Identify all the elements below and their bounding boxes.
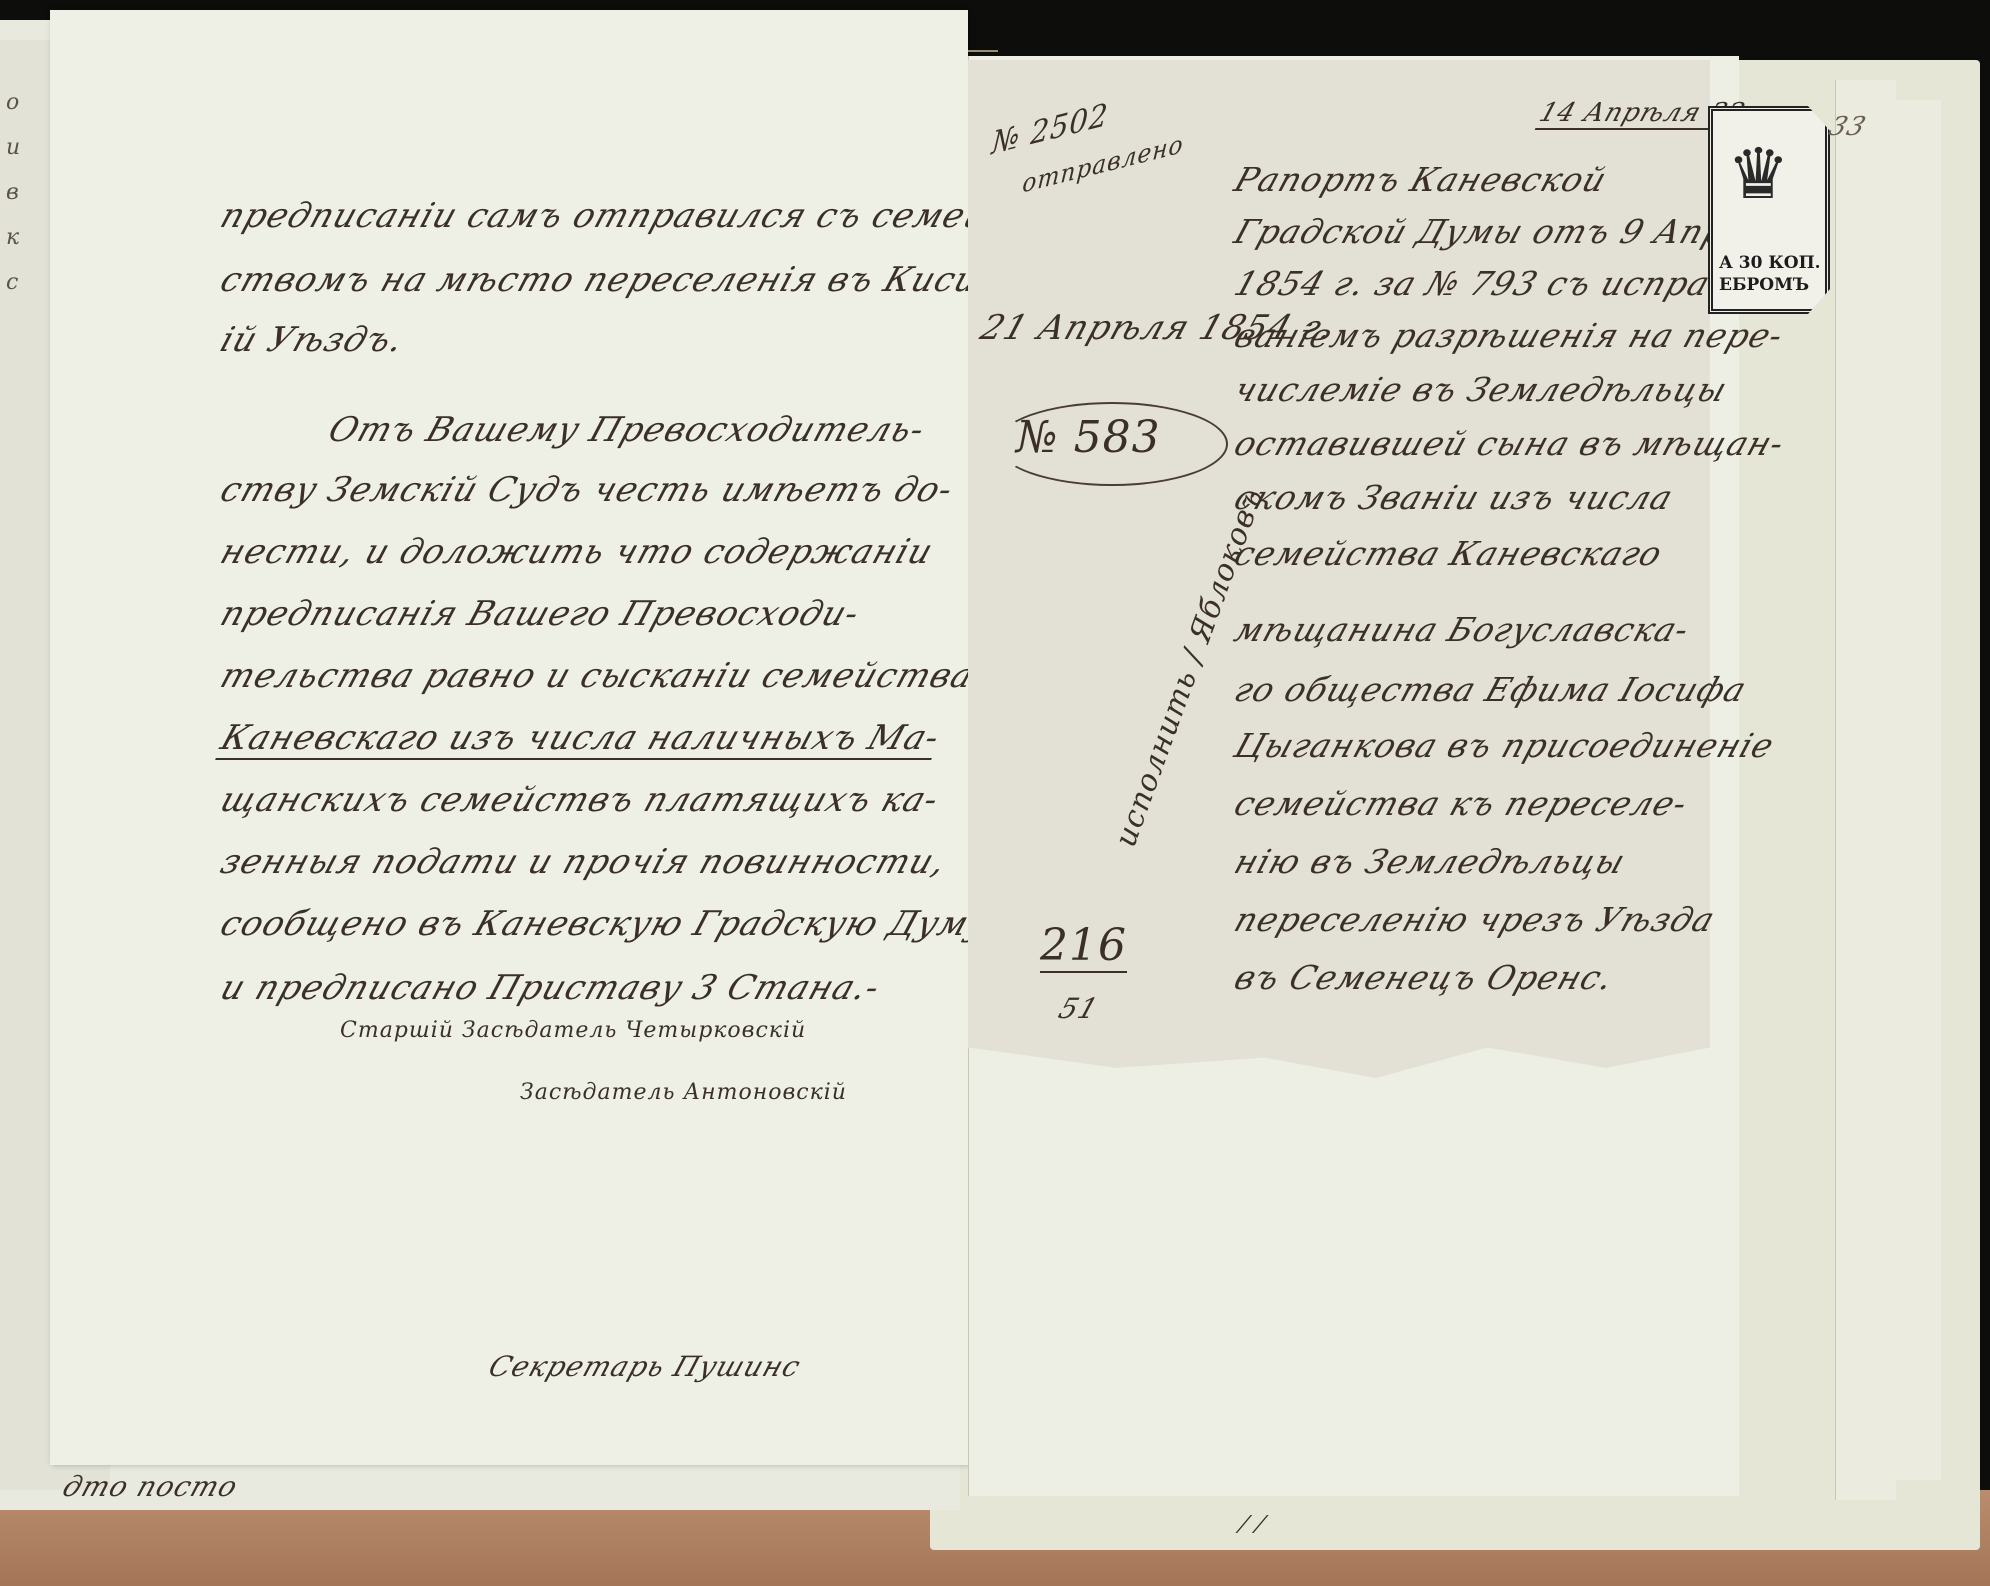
- left-line-13: и предписано Приставу 3 Стана.-: [216, 968, 886, 1008]
- left-line-3: ій Уѣздъ.: [216, 320, 410, 360]
- stacked-page-edges-2: [1835, 80, 1896, 1500]
- revenue-stamp: ♛ А 30 КОП. ЕБРОМЪ: [1708, 106, 1830, 314]
- report-line-10: го общества Ефима Іосифа: [1230, 670, 1752, 709]
- left-line-5: ству Земскій Судъ честь имѣетъ до-: [216, 470, 959, 510]
- left-line-4: Отъ Вашему Превосходитель-: [324, 410, 931, 450]
- left-line-10: щанскихъ семействъ платящихъ ка-: [216, 780, 945, 820]
- report-line-3: 1854 г. за № 793 съ испраши-: [1230, 264, 1783, 303]
- report-line-13: нію въ Земледѣльцы: [1230, 842, 1631, 881]
- circled-number: № 583: [1016, 412, 1161, 463]
- report-line-11: Цыганкова въ присоединеніе: [1230, 726, 1780, 765]
- signature-secretary: Секретарь Пушинс: [485, 1350, 806, 1383]
- left-line-8: тельства равно и сысканіи семейства: [216, 656, 980, 696]
- left-line-9: Каневскаго изъ числа наличныхъ Ма-: [215, 718, 945, 760]
- signature-senior-assessor: Старшій Засѣдатель Четырковскій: [340, 1018, 806, 1043]
- stamp-value: А 30 КОП.: [1719, 253, 1821, 273]
- stamp-currency: ЕБРОМЪ: [1719, 275, 1809, 295]
- left-line-6: нести, и доложить что содержаніи: [216, 532, 939, 572]
- left-line-11: зенныя подати и прочія повинности,: [216, 842, 952, 882]
- report-line-7: скомъ Званіи изъ числа: [1230, 478, 1679, 517]
- report-line-5: числеміе въ Земледѣльцы: [1230, 370, 1733, 409]
- report-line-4: ваніемъ разрѣшенія на пере-: [1230, 316, 1789, 355]
- fraction-top-number: 216: [1040, 920, 1127, 973]
- report-line-14: переселенію чрезъ Уѣзда: [1230, 900, 1721, 939]
- report-line-9: мѣщанина Богуславска-: [1230, 610, 1695, 649]
- left-line-12: сообщено въ Каневскую Градскую Думу: [216, 904, 996, 944]
- signature-assessor: Засѣдатель Антоновскій: [520, 1080, 847, 1105]
- report-line-15: въ Семенецъ Оренс.: [1230, 958, 1619, 997]
- underlying-page-fragment: дто посто: [59, 1470, 243, 1503]
- underlying-margin-marks: о и в к с: [6, 90, 36, 315]
- report-line-1: Рапортъ Каневской: [1230, 160, 1613, 199]
- report-line-8: семейства Каневскаго: [1230, 534, 1668, 573]
- left-line-1: предписаніи самъ отправился съ семей-: [216, 196, 1007, 236]
- double-headed-eagle-icon: ♛: [1727, 133, 1790, 215]
- report-line-12: семейства къ переселе-: [1230, 784, 1693, 823]
- left-page: предписаніи самъ отправился съ семей- ст…: [50, 10, 968, 1465]
- report-line-6: оставившей сына въ мѣщан-: [1230, 424, 1790, 463]
- left-line-7: предписанія Вашего Превосходи-: [216, 594, 865, 634]
